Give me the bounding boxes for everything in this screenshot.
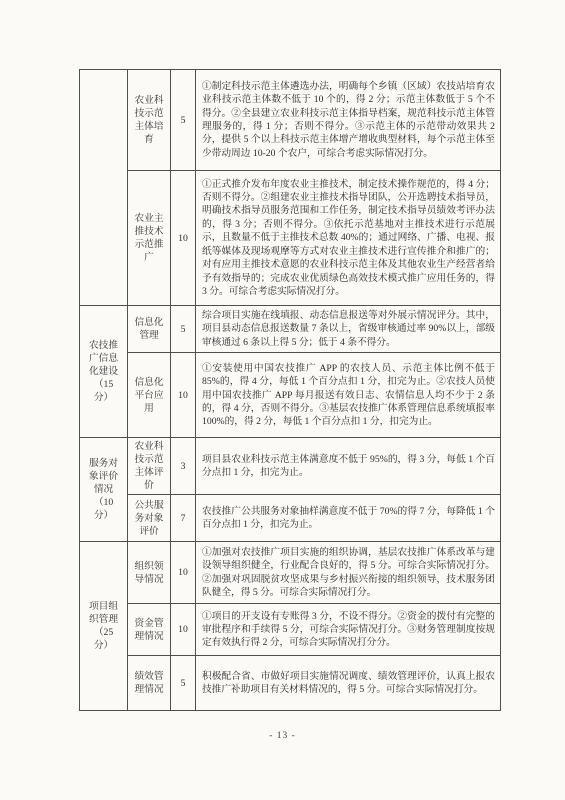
score-cell: 10	[171, 604, 196, 656]
table-row: 资金管理情况 10 ①项目的开支设有专账得 3 分，不设不得分。②资金的拨付有完…	[80, 604, 501, 656]
group-cell: 服务对象评价情况（10分）	[80, 438, 128, 542]
criteria-cell: 综合项目实施在线填报、动态信息报送等对外展示情况评分。其中，项目县动态信息报送数…	[196, 306, 501, 353]
table-row: 农技推广信息化建设（15分） 信息化管理 5 综合项目实施在线填报、动态信息报送…	[80, 306, 501, 353]
score-cell: 5	[171, 306, 196, 353]
table-row: 服务对象评价情况（10分） 农业科技示范主体评价 3 项目县农业科技示范主体满意…	[80, 438, 501, 495]
table-row: 农业主推技术示范推广 10 ①正式推介发布年度农业主推技术，制定技术操作规范的，…	[80, 171, 501, 306]
score-cell: 5	[171, 656, 196, 711]
item-cell: 绩效管理情况	[128, 656, 171, 711]
criteria-cell: 项目县农业科技示范主体满意度不低于 95%的，得 3 分，每低 1 个百分点扣 …	[196, 438, 501, 495]
page-number: - 13 -	[0, 731, 565, 741]
group-cell	[80, 70, 128, 306]
item-cell: 农业科技示范主体培育	[128, 70, 171, 171]
table-row: 绩效管理情况 5 积极配合省、市做好项目实施情况调度、绩效管理评价，认真上报农技…	[80, 656, 501, 711]
criteria-cell: ①安装使用中国农技推广 APP 的农技人员、示范主体比例不低于 85%的，得 4…	[196, 353, 501, 438]
criteria-cell: 农技推广公共服务对象抽样满意度不低于 70%的得 7 分，每降低 1 个百分点扣…	[196, 495, 501, 542]
document-page: 农业科技示范主体培育 5 ①制定科技示范主体遴选办法，明确每个乡镇（区域）农技站…	[0, 0, 565, 800]
table-row: 项目组织管理（25分） 组织领导情况 10 ①加强对农技推广项目实施的组织协调，…	[80, 542, 501, 604]
item-cell: 信息化平台应用	[128, 353, 171, 438]
score-cell: 10	[171, 171, 196, 306]
score-cell: 7	[171, 495, 196, 542]
item-cell: 农业主推技术示范推广	[128, 171, 171, 306]
item-cell: 组织领导情况	[128, 542, 171, 604]
score-cell: 10	[171, 353, 196, 438]
criteria-cell: ①项目的开支设有专账得 3 分，不设不得分。②资金的拨付有完整的审批程序和手续得…	[196, 604, 501, 656]
group-cell: 农技推广信息化建设（15分）	[80, 306, 128, 438]
criteria-cell: ①正式推介发布年度农业主推技术，制定技术操作规范的，得 4 分；否则不得分。②组…	[196, 171, 501, 306]
item-cell: 资金管理情况	[128, 604, 171, 656]
criteria-cell: ①加强对农技推广项目实施的组织协调，基层农技推广体系改革与建设领导组织健全，行业…	[196, 542, 501, 604]
table-row: 信息化平台应用 10 ①安装使用中国农技推广 APP 的农技人员、示范主体比例不…	[80, 353, 501, 438]
criteria-cell: 积极配合省、市做好项目实施情况调度、绩效管理评价，认真上报农技推广补助项目有关材…	[196, 656, 501, 711]
score-cell: 5	[171, 70, 196, 171]
table-row: 农业科技示范主体培育 5 ①制定科技示范主体遴选办法，明确每个乡镇（区域）农技站…	[80, 70, 501, 171]
score-cell: 3	[171, 438, 196, 495]
group-cell: 项目组织管理（25分）	[80, 542, 128, 711]
table-row: 公共服务对象评价 7 农技推广公共服务对象抽样满意度不低于 70%的得 7 分，…	[80, 495, 501, 542]
score-cell: 10	[171, 542, 196, 604]
score-table: 农业科技示范主体培育 5 ①制定科技示范主体遴选办法，明确每个乡镇（区域）农技站…	[79, 69, 501, 711]
criteria-cell: ①制定科技示范主体遴选办法，明确每个乡镇（区域）农技站培育农业科技示范主体数不低…	[196, 70, 501, 171]
item-cell: 信息化管理	[128, 306, 171, 353]
item-cell: 公共服务对象评价	[128, 495, 171, 542]
item-cell: 农业科技示范主体评价	[128, 438, 171, 495]
